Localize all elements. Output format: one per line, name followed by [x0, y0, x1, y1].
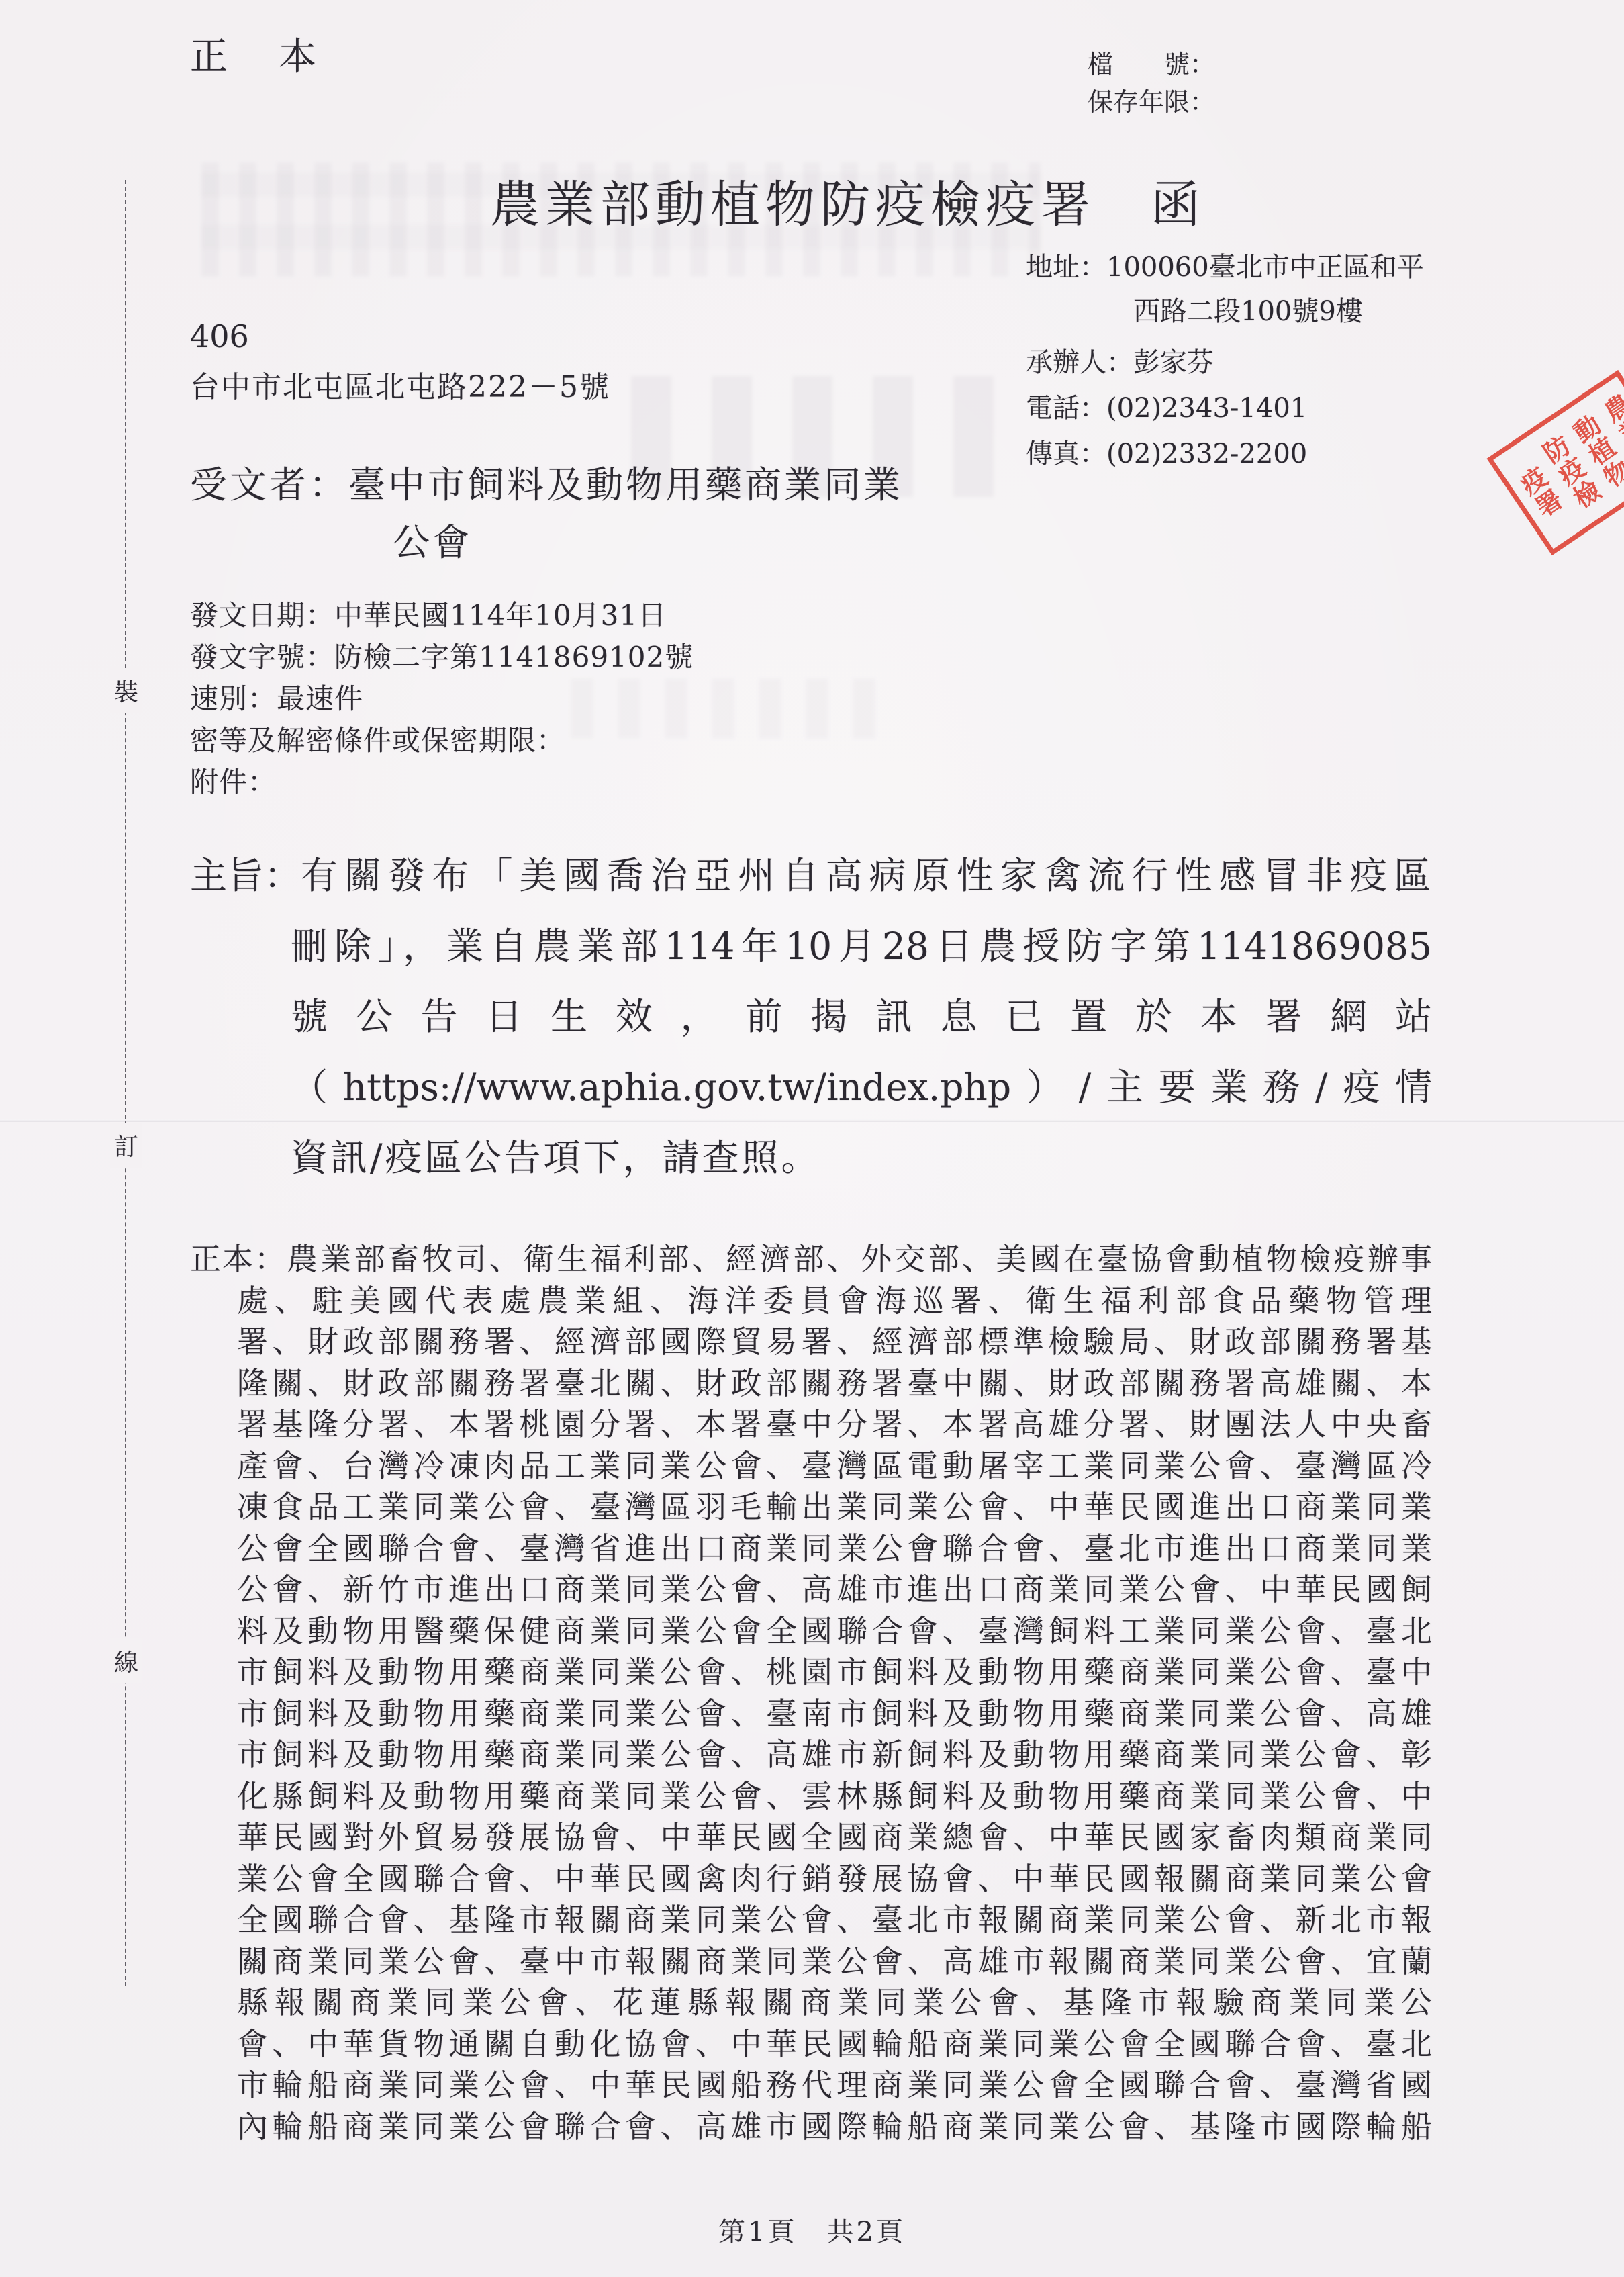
recipient-zip: 406: [190, 318, 249, 355]
sender-address-line1: 地址：100060臺北市中正區和平: [1026, 246, 1424, 284]
recipient-street: 台中市北屯區北屯路222－5號: [190, 363, 610, 406]
cc-line: 處、駐美國代表處農業組、海洋委員會海巡署、衛生福利部食品藥物管理: [237, 1281, 1432, 1322]
subject-line: 號公告日生效，前揭訊息已置於本署網站: [291, 982, 1432, 1052]
subject-line: （https://www.aphia.gov.tw/index.php）/主要業…: [291, 1052, 1432, 1123]
cc-line: 華民國對外貿易發展協會、中華民國全國商業總會、中華民國家畜肉類商業同: [237, 1817, 1432, 1859]
binding-mark-zhuang: 裝: [110, 668, 142, 713]
cc-line: 產會、台灣冷凍肉品工業同業公會、臺灣區電動屠宰工業同業公會、臺灣區冷: [237, 1446, 1432, 1487]
cc-line: 農業部畜牧司、衛生福利部、經濟部、外交部、美國在臺協會動植物檢疫辦事: [287, 1239, 1432, 1281]
cc-line: 會、中華貨物通關自動化協會、中華民國輪船商業同業公會全國聯合會、臺北: [237, 2024, 1432, 2065]
cc-line: 署基隆分署、本署桃園分署、本署臺中分署、本署高雄分署、財團法人中央畜: [237, 1404, 1432, 1446]
contact-person: 承辦人：彭家芬: [1026, 340, 1307, 385]
cc-label: 正本：: [190, 1239, 287, 1281]
cc-line: 公會全國聯合會、臺灣省進出口商業同業公會聯合會、臺北市進出口商業同業: [237, 1528, 1432, 1570]
issue-number: 發文字號：防檢二字第1141869102號: [190, 637, 694, 678]
page-number-footer: 第1頁 共2頁: [0, 2211, 1624, 2249]
security-class: 密等及解密條件或保密期限：: [190, 720, 694, 761]
subject-label: 主旨：: [190, 841, 301, 911]
binding-dashed-line: [125, 180, 126, 1986]
subject-line: 資訊/疫區公告項下，請查照。: [291, 1123, 1432, 1193]
binding-mark-xian: 線: [110, 1638, 142, 1683]
speed-class: 速別：最速件: [190, 678, 694, 720]
copy-type-label: 正 本: [190, 27, 323, 81]
cc-line: 縣報關商業同業公會、花蓮縣報關商業同業公會、基隆市報驗商業同業公: [237, 1982, 1432, 2024]
recipient-line1: 受文者：臺中市飼料及動物用藥商業同業: [190, 455, 903, 508]
agency-red-seal: 農業部 動植物 防疫檢 疫署: [1487, 370, 1624, 555]
cc-line: 署、財政部關務署、經濟部國際貿易署、經濟部標準檢驗局、財政部關務署基: [237, 1321, 1432, 1363]
subject-line: 刪除」，業自農業部114年10月28日農授防字第1141869085: [291, 911, 1432, 982]
subject-block: 主旨： 有關發布「美國喬治亞州自高病原性家禽流行性感冒非疫區 刪除」，業自農業部…: [190, 841, 1432, 1193]
document-meta-block: 發文日期：中華民國114年10月31日 發文字號：防檢二字第1141869102…: [190, 595, 694, 803]
cc-line: 市輪船商業同業公會、中華民國船務代理商業同業公會全國聯合會、臺灣省國: [237, 2065, 1432, 2106]
contact-fax: 傳真：(02)2332-2200: [1026, 431, 1307, 477]
recipient-line2: 公會: [393, 513, 472, 566]
subject-line: 有關發布「美國喬治亞州自高病原性家禽流行性感冒非疫區: [301, 841, 1432, 911]
cc-line: 化縣飼料及動物用藥商業同業公會、雲林縣飼料及動物用藥商業同業公會、中: [237, 1776, 1432, 1818]
issue-date: 發文日期：中華民國114年10月31日: [190, 595, 694, 637]
file-number-label: 檔 號：: [1088, 46, 1215, 83]
cc-line: 全國聯合會、基隆市報關商業同業公會、臺北市報關商業同業公會、新北市報: [237, 1900, 1432, 1941]
cc-line: 隆關、財政部關務署臺北關、財政部關務署臺中關、財政部關務署高雄關、本: [237, 1363, 1432, 1405]
cc-line: 市飼料及動物用藥商業同業公會、臺南市飼料及動物用藥商業同業公會、高雄: [237, 1693, 1432, 1735]
cc-line: 市飼料及動物用藥商業同業公會、桃園市飼料及動物用藥商業同業公會、臺中: [237, 1652, 1432, 1693]
file-number-block: 檔 號： 保存年限：: [1088, 46, 1215, 121]
binding-mark-ding: 訂: [110, 1123, 142, 1168]
cc-line: 內輪船商業同業公會聯合會、高雄市國際輪船商業同業公會、基隆市國際輪船: [237, 2106, 1432, 2148]
official-letter-page: 裝 訂 線 正 本 檔 號： 保存年限： 農業部動植物防疫檢疫署 函 地址：10…: [0, 0, 1624, 2277]
attachment: 附件：: [190, 761, 694, 803]
distribution-list-block: 正本： 農業部畜牧司、衛生福利部、經濟部、外交部、美國在臺協會動植物檢疫辦事 處…: [190, 1239, 1432, 2147]
sender-address-line2: 西路二段100號9樓: [1133, 290, 1363, 328]
agency-title: 農業部動植物防疫檢疫署 函: [490, 165, 1206, 236]
contact-block: 承辦人：彭家芬 電話：(02)2343-1401 傳真：(02)2332-220…: [1026, 340, 1307, 477]
cc-line: 業公會全國聯合會、中華民國禽肉行銷發展協會、中華民國報關商業同業公會: [237, 1859, 1432, 1900]
cc-line: 市飼料及動物用藥商業同業公會、高雄市新飼料及動物用藥商業同業公會、彰: [237, 1734, 1432, 1776]
cc-line: 公會、新竹市進出口商業同業公會、高雄市進出口商業同業公會、中華民國飼: [237, 1569, 1432, 1611]
cc-line: 料及動物用醫藥保健商業同業公會全國聯合會、臺灣飼料工業同業公會、臺北: [237, 1611, 1432, 1653]
cc-line: 關商業同業公會、臺中市報關商業同業公會、高雄市報關商業同業公會、宜蘭: [237, 1941, 1432, 1983]
contact-phone: 電話：(02)2343-1401: [1026, 385, 1307, 431]
cc-line: 凍食品工業同業公會、臺灣區羽毛輸出業同業公會、中華民國進出口商業同業: [237, 1487, 1432, 1528]
retention-period-label: 保存年限：: [1088, 83, 1215, 121]
